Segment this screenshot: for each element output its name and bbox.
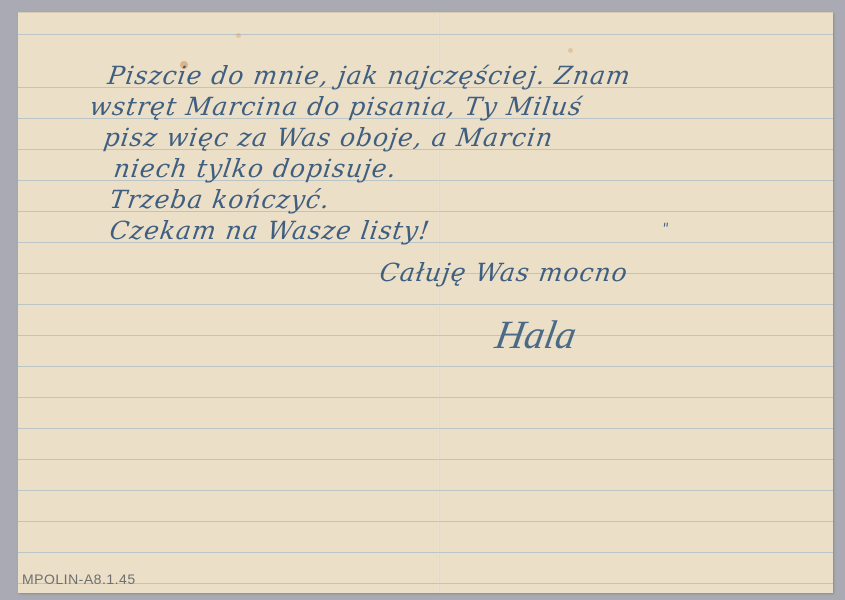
letter-line-3: pisz więc za Was oboje, a Marcin [102,123,555,152]
letter-line-1: Piszcie do mnie, jak najczęściej. Znam [106,61,633,90]
letter-line-4: niech tylko dopisuje. [112,154,399,183]
ink-stain [236,33,241,38]
letter-line-6: Czekam na Wasze listy! [108,216,432,245]
signature: Hala [492,311,580,358]
archive-number: MPOLIN-A8.1.45 [22,571,136,587]
margin-mark: " [661,221,671,237]
closing-line: Całuję Was mocno [378,258,630,287]
letter-line-2: wstręt Marcina do pisania, Ty Miluś [88,92,584,121]
ink-stain [568,48,573,53]
letter-sheet: Piszcie do mnie, jak najczęściej. Znam w… [18,12,833,593]
letter-line-5: Trzeba kończyć. [108,185,332,214]
